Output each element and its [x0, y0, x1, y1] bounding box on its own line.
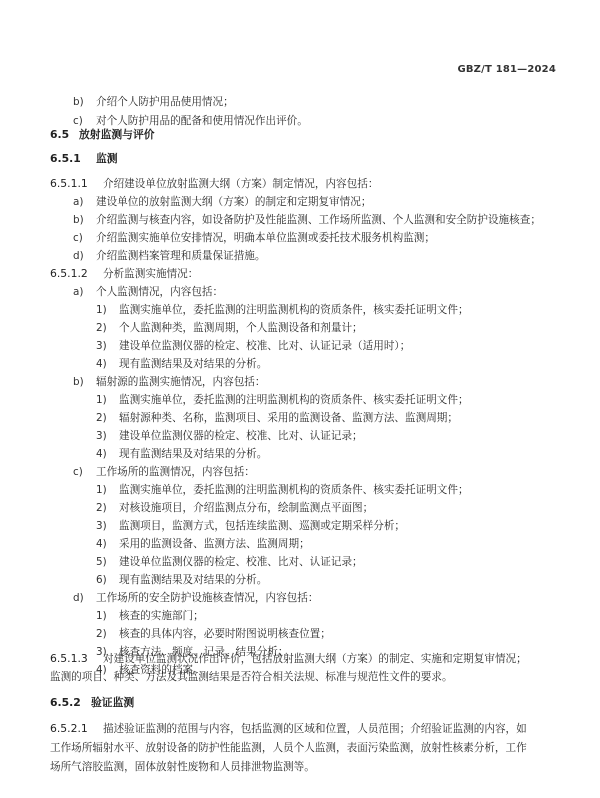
sublist-item-text: 采用的监测设备、监测方法、监测周期；: [119, 537, 310, 551]
clause-text-cont: 监测的项目、种类、方法及其监测结果是否符合相关法规、标准与规范性文件的要求。: [50, 670, 453, 684]
section-number: 6.5.1: [50, 152, 81, 166]
list-item: c): [73, 114, 83, 128]
list-item-text: 工作场所的监测情况，内容包括：: [96, 465, 255, 479]
sublist-label: 3): [96, 429, 107, 443]
sublist-label: 6): [96, 573, 107, 587]
list-label: c): [73, 231, 83, 245]
sublist-item-text: 现有监测结果及对结果的分析。: [119, 573, 267, 587]
sublist-label: 2): [96, 501, 107, 515]
list-label: a): [73, 285, 83, 299]
sublist-item-text: 个人监测种类，监测周期，个人监测设备和剂量计；: [119, 321, 363, 335]
section-number: 6.5: [50, 128, 69, 142]
list-item-text: 对个人防护用品的配备和使用情况作出评价。: [96, 114, 308, 128]
clause-text: 分析监测实施情况：: [103, 267, 198, 281]
sublist-item-text: 建设单位监测仪器的检定、校准、比对、认证记录（适用时）；: [119, 339, 410, 353]
section-title: 放射监测与评价: [79, 128, 155, 142]
sublist-item-text: 监测项目，监测方式，包括连续监测、巡测或定期采样分析；: [119, 519, 405, 533]
list-item-text: 工作场所的安全防护设施核查情况，内容包括：: [96, 591, 318, 605]
list-label: a): [73, 195, 83, 209]
sublist-label: 1): [96, 303, 107, 317]
sublist-item-text: 监测实施单位，委托监测的注明监测机构的资质条件、核实委托证明文件；: [119, 483, 469, 497]
section-title: 监测: [96, 152, 118, 166]
sublist-item-text: 监测实施单位，委托监测的注明监测机构的资质条件，核实委托证明文件；: [119, 303, 469, 317]
clause-number: 6.5.1.2: [50, 267, 88, 281]
list-label: b): [73, 213, 84, 227]
list-label: d): [73, 249, 84, 263]
sublist-label: 2): [96, 627, 107, 641]
list-item-text: 介绍监测实施单位安排情况，明确本单位监测或委托技术服务机构监测；: [96, 231, 435, 245]
sublist-item-text: 辐射源种类、名称，监测项目、采用的监测设备、监测方法、监测周期；: [119, 411, 458, 425]
sublist-item-text: 监测实施单位，委托监测的注明监测机构的资质条件、核实委托证明文件；: [119, 393, 469, 407]
clause-text: 描述验证监测的范围与内容，包括监测的区域和位置，人员范围；介绍验证监测的内容，如: [103, 722, 527, 736]
list-label: d): [73, 591, 84, 605]
sublist-label: 1): [96, 393, 107, 407]
clause-number: 6.5.1.3: [50, 652, 88, 666]
clause-text-cont: 工作场所辐射水平、放射设备的防护性能监测，人员个人监测，表面污染监测，放射性核素…: [50, 741, 527, 755]
list-item-text: 建设单位的放射监测大纲（方案）的制定和定期复审情况；: [96, 195, 371, 209]
sublist-label: 3): [96, 519, 107, 533]
clause-text: 介绍建设单位放射监测大纲（方案）制定情况，内容包括：: [103, 177, 378, 191]
section-title: 验证监测: [91, 696, 134, 710]
list-label: c): [73, 465, 83, 479]
list-item: b): [73, 95, 84, 109]
sublist-item-text: 建设单位监测仪器的检定、校准、比对、认证记录；: [119, 555, 363, 569]
list-item-text: 介绍个人防护用品使用情况；: [96, 95, 234, 109]
clause-number: 6.5.2.1: [50, 722, 88, 736]
standard-code: GBZ/T 181—2024: [457, 64, 556, 75]
list-item-text: 介绍监测与核查内容，如设备防护及性能监测、工作场所监测、个人监测和安全防护设施核…: [96, 213, 541, 227]
sublist-label: 4): [96, 537, 107, 551]
clause-number: 6.5.1.1: [50, 177, 88, 191]
list-item-text: 个人监测情况，内容包括：: [96, 285, 223, 299]
list-item-text: 介绍监测档案管理和质量保证措施。: [96, 249, 266, 263]
sublist-label: 4): [96, 357, 107, 371]
sublist-label: 1): [96, 609, 107, 623]
sublist-label: 3): [96, 339, 107, 353]
section-number: 6.5.2: [50, 696, 81, 710]
sublist-item-text: 对核设施项目，介绍监测点分布，绘制监测点平面图；: [119, 501, 373, 515]
sublist-item-text: 建设单位监测仪器的检定、校准、比对、认证记录；: [119, 429, 363, 443]
sublist-label: 2): [96, 411, 107, 425]
sublist-label: 4): [96, 447, 107, 461]
sublist-item-text: 现有监测结果及对结果的分析。: [119, 447, 267, 461]
sublist-item-text: 核查的具体内容，必要时附图说明核查位置；: [119, 627, 331, 641]
sublist-item-text: 现有监测结果及对结果的分析。: [119, 357, 267, 371]
sublist-label: 1): [96, 483, 107, 497]
sublist-label: 2): [96, 321, 107, 335]
list-item-text: 辐射源的监测实施情况，内容包括：: [96, 375, 266, 389]
clause-text-cont: 场所气溶胶监测，固体放射性废物和人员排泄物监测等。: [50, 760, 315, 774]
sublist-label: 5): [96, 555, 107, 569]
clause-text: 对建设单位监测状况作出评价，包括放射监测大纲（方案）的制定、实施和定期复审情况；: [103, 652, 527, 666]
list-label: b): [73, 375, 84, 389]
sublist-item-text: 核查的实施部门；: [119, 609, 204, 623]
